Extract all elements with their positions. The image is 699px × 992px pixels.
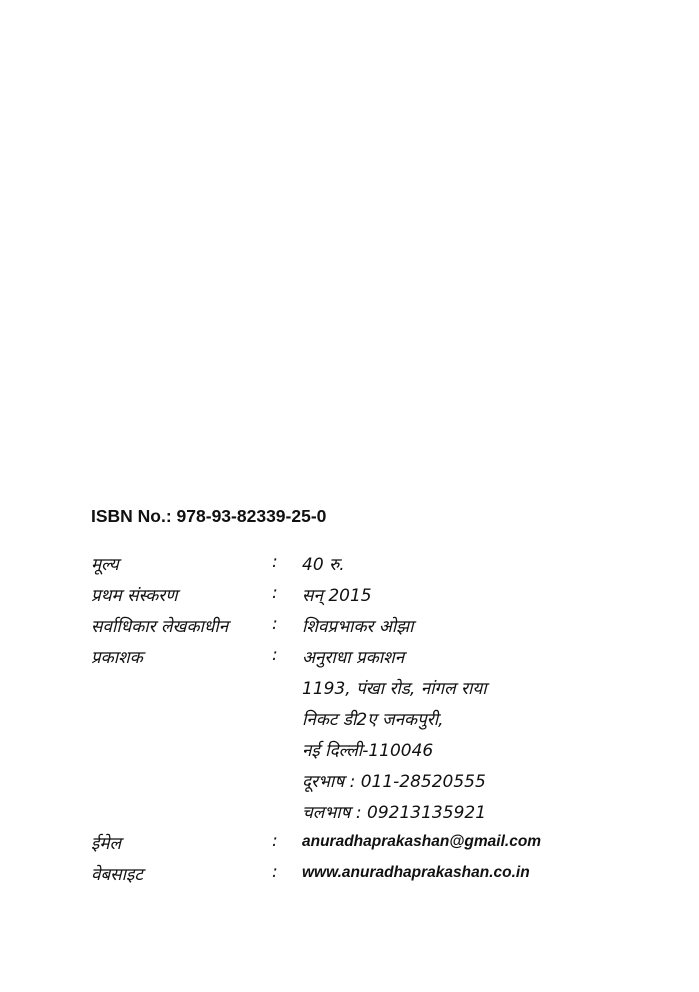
- publisher-label: प्रकाशक: [91, 645, 143, 668]
- copyright-holder: शिवप्रभाकर ओझा: [302, 614, 414, 637]
- detail-row-copyright: सर्वाधिकार लेखकाधीन : शिवप्रभाकर ओझा: [91, 614, 691, 644]
- email-link[interactable]: anuradhaprakashan@gmail.com: [302, 833, 541, 851]
- website-link[interactable]: www.anuradhaprakashan.co.in: [302, 864, 530, 882]
- edition-label: प्रथम संस्करण: [91, 583, 178, 606]
- email-label: ईमेल: [91, 831, 121, 854]
- mobile-line: चलभाष : 09213135921: [302, 800, 486, 823]
- separator: :: [272, 614, 278, 634]
- price-label: मूल्य: [91, 552, 119, 575]
- separator: :: [272, 552, 278, 572]
- address-line: 1193, पंखा रोड, नांगल राया: [302, 676, 487, 699]
- edition-value: सन् 2015: [302, 583, 372, 606]
- address-line: निकट डी2ए जनकपुरी,: [302, 707, 444, 730]
- separator: :: [272, 645, 278, 665]
- detail-row-edition: प्रथम संस्करण : सन् 2015: [91, 583, 691, 613]
- publisher-name: अनुराधा प्रकाशन: [302, 645, 404, 668]
- isbn-number: ISBN No.: 978-93-82339-25-0: [91, 506, 326, 527]
- separator: :: [272, 583, 278, 603]
- address-line: नई दिल्ली-110046: [302, 738, 433, 761]
- phone-line: दूरभाष : 011-28520555: [302, 769, 486, 792]
- detail-row-publisher: प्रकाशक : अनुराधा प्रकाशन: [91, 645, 691, 675]
- price-value: 40 रु.: [302, 552, 345, 575]
- copyright-label: सर्वाधिकार लेखकाधीन: [91, 614, 228, 637]
- copyright-page: ISBN No.: 978-93-82339-25-0 मूल्य : 40 र…: [0, 0, 699, 992]
- separator: :: [272, 862, 278, 882]
- website-label: वेबसाइट: [91, 862, 143, 885]
- separator: :: [272, 831, 278, 851]
- detail-row-price: मूल्य : 40 रु.: [91, 552, 691, 582]
- detail-row-website: वेबसाइट : www.anuradhaprakashan.co.in: [91, 862, 691, 892]
- detail-row-email: ईमेल : anuradhaprakashan@gmail.com: [91, 831, 691, 861]
